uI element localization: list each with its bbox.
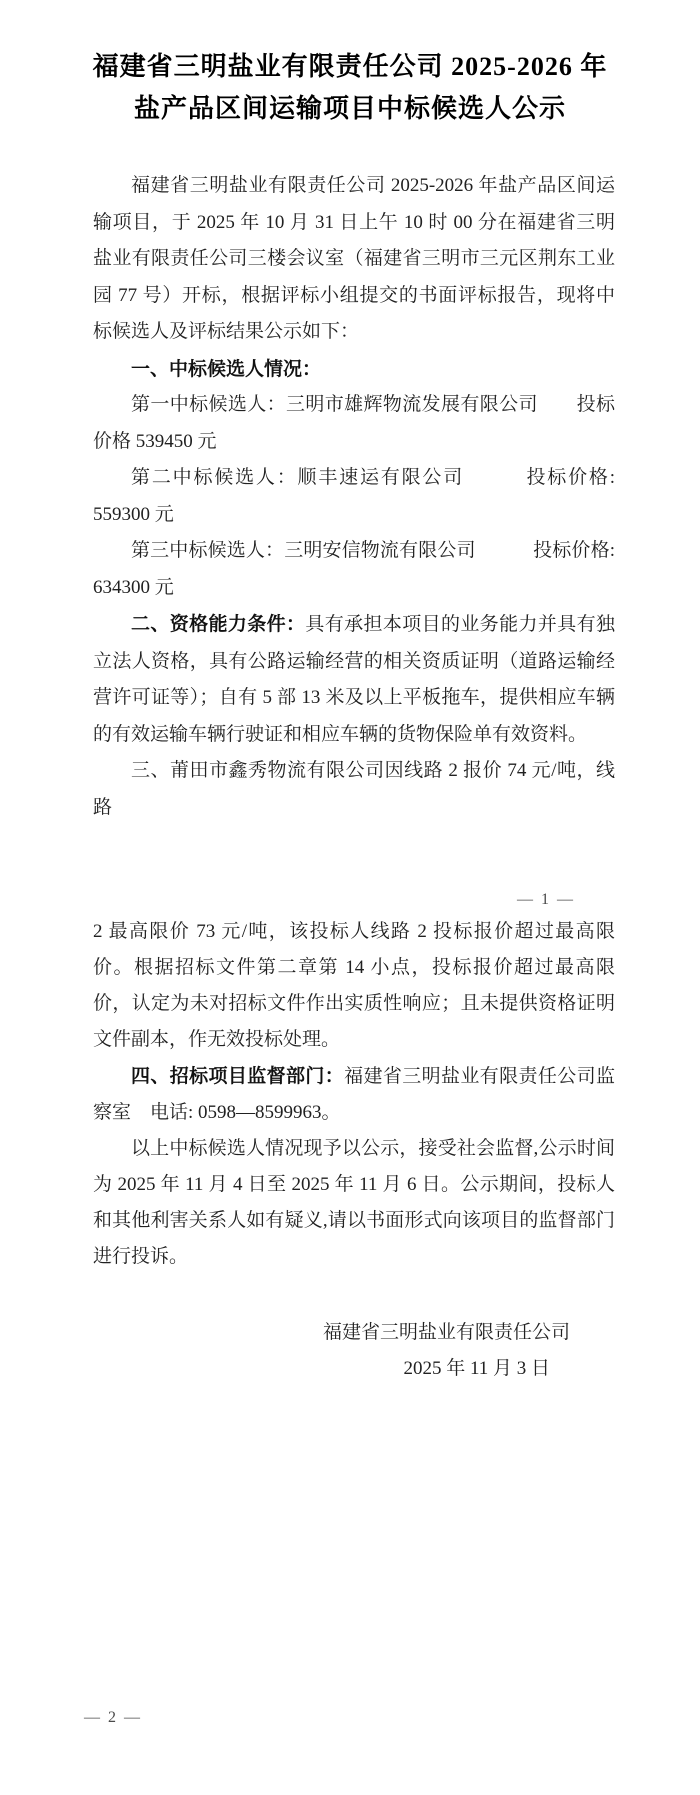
page-title: 福建省三明盐业有限责任公司 2025-2026 年 盐产品区间运输项目中标候选人… [40,46,660,130]
page1-number: — 1 — [0,890,700,910]
candidate2-line: 第二中标候选人：顺丰速运有限公司 投标价格: 559300 元 [93,460,615,533]
section4-paragraph: 四、招标项目监督部门：福建省三明盐业有限责任公司监察室 电话: 0598—859… [93,1058,615,1131]
section3-paragraph-part1: 三、莆田市鑫秀物流有限公司因线路 2 报价 74 元/吨，线路 [93,753,615,826]
page1-body: 福建省三明盐业有限责任公司 2025-2026 年盐产品区间运输项目，于 202… [93,168,615,826]
announcement-document: 福建省三明盐业有限责任公司 2025-2026 年 盐产品区间运输项目中标候选人… [0,46,700,1728]
closing-paragraph: 以上中标候选人情况现予以公示，接受社会监督,公示时间为 2025 年 11 月 … [93,1131,615,1275]
section4-heading: 四、招标项目监督部门： [131,1065,344,1087]
intro-paragraph: 福建省三明盐业有限责任公司 2025-2026 年盐产品区间运输项目，于 202… [93,168,615,351]
candidate1-line: 第一中标候选人：三明市雄辉物流发展有限公司 投标价格 539450 元 [93,387,615,460]
section1-heading: 一、中标候选人情况： [93,351,615,388]
section2-paragraph: 二、资格能力条件：具有承担本项目的业务能力并具有独立法人资格，具有公路运输经营的… [93,606,615,753]
title-line-1: 福建省三明盐业有限责任公司 2025-2026 年 [40,46,660,88]
page2-number: — 2 — [0,1708,700,1728]
section2-heading: 二、资格能力条件： [131,613,305,635]
candidate3-line: 第三中标候选人：三明安信物流有限公司 投标价格: 634300 元 [93,533,615,606]
signature-company: 福建省三明盐业有限责任公司 [0,1315,700,1351]
signature-date: 2025 年 11 月 3 日 [0,1351,700,1387]
title-line-2: 盐产品区间运输项目中标候选人公示 [40,88,660,130]
signature-block: 福建省三明盐业有限责任公司 2025 年 11 月 3 日 [0,1315,700,1387]
section3-paragraph-part2: 2 最高限价 73 元/吨，该投标人线路 2 投标报价超过最高限价。根据招标文件… [93,914,615,1058]
page2-body: 2 最高限价 73 元/吨，该投标人线路 2 投标报价超过最高限价。根据招标文件… [93,914,615,1275]
